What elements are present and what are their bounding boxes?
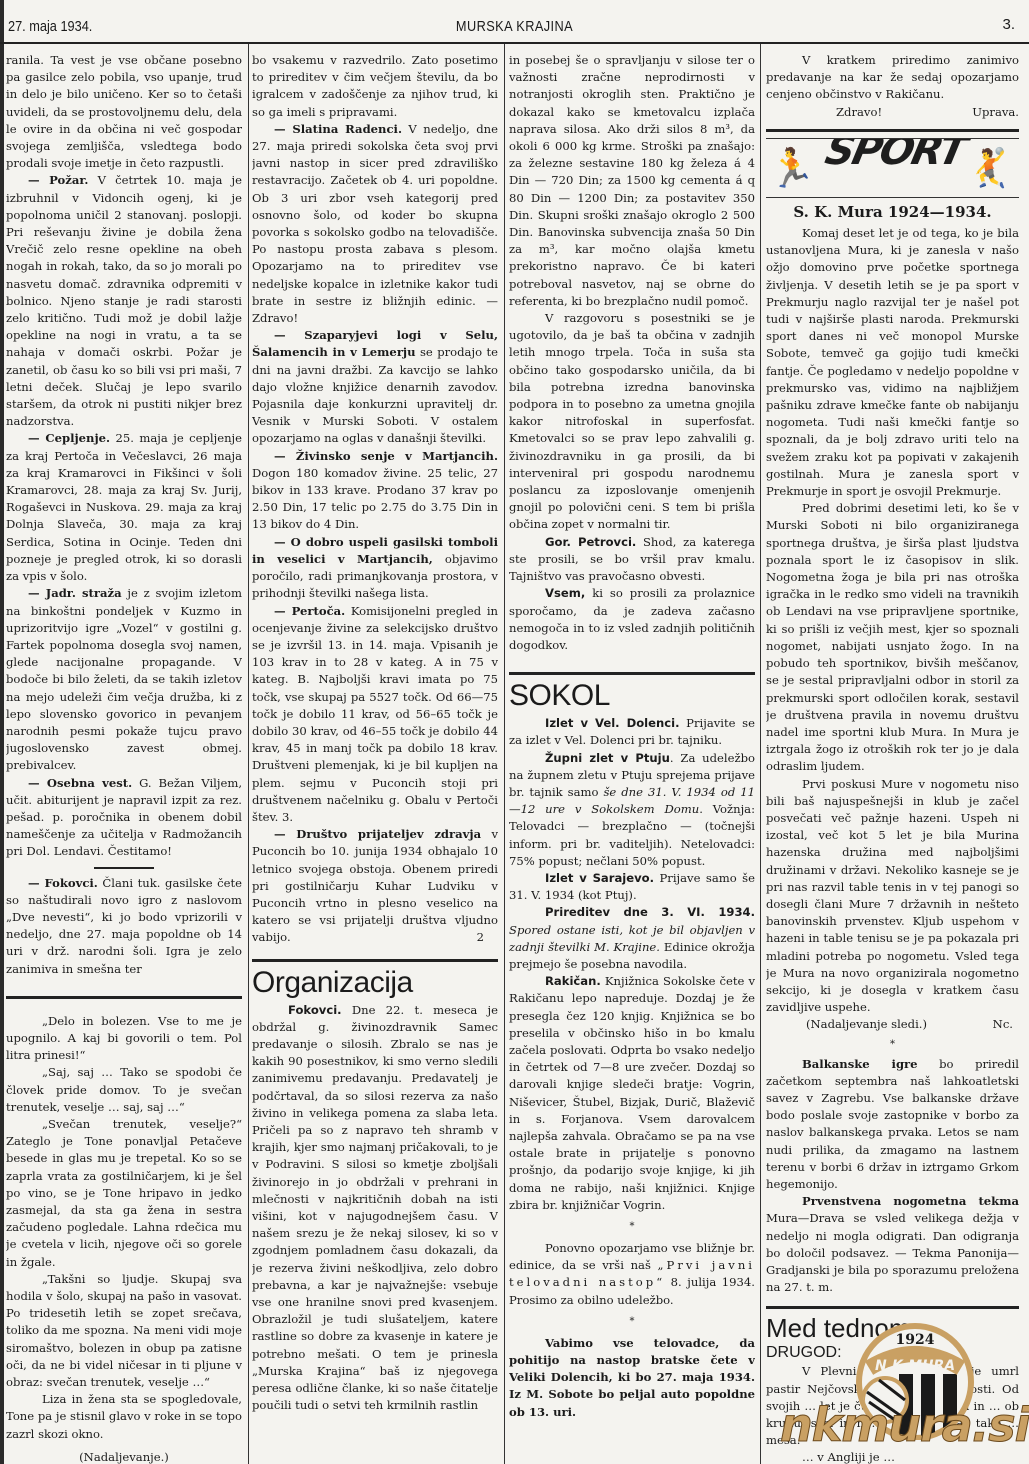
article-balkanske-igre: Balkanske igre bo priredil začetkom sept… bbox=[766, 1056, 1019, 1194]
column-divider bbox=[504, 44, 505, 1464]
article-ponovno: Ponovno opozarjamo vse bližnje br. edini… bbox=[509, 1240, 755, 1309]
article-heading: — Požar. bbox=[28, 173, 88, 187]
article-slatina-radenci: — Slatina Radenci. V nedeljo, dne 27. ma… bbox=[252, 121, 498, 327]
article-heading: — Jadr. straža bbox=[28, 586, 122, 600]
story-paragraph: Liza in žena sta se spogledovale, Tone p… bbox=[6, 1391, 242, 1443]
article-heading: Prireditev dne 3. VI. 1934. bbox=[545, 905, 755, 919]
article-continuation: V kratkem priredimo zanimivo predavanje … bbox=[766, 52, 1019, 104]
divider bbox=[766, 1306, 1019, 1309]
article-zupni-zlet: Župni zlet v Ptuju. Za udeležbo na župne… bbox=[509, 750, 755, 870]
article-cepljenje: — Cepljenje. 25. maja je cepljenje za kr… bbox=[6, 430, 242, 585]
article-body: V nedeljo, dne 27. maja priredi sokolska… bbox=[252, 122, 498, 325]
signature-name: Uprava. bbox=[972, 104, 1019, 121]
article-rakican: Rakičan. Knjižnica Sokolske čete v Rakič… bbox=[509, 973, 755, 1214]
continuation-line: (Nadaljevanje sledi.)Nc. bbox=[766, 1016, 1019, 1033]
article-heading: Fokovci. bbox=[288, 1003, 342, 1017]
article-heading: Balkanske igre bbox=[802, 1057, 918, 1071]
article-pozar: — Požar. V četrtek 10. maja je izbruhnil… bbox=[6, 172, 242, 430]
article-body: 25. maja je cepljenje za kraj Pertoča in… bbox=[6, 431, 242, 583]
column-2: bo vsakemu v razvedrilo. Zato posetimo t… bbox=[252, 52, 498, 1464]
article-izlet-sarajevo: Izlet v Sarajevo. Prijave samo še 31. V.… bbox=[509, 870, 755, 904]
article-body: je z svojim izletom na binkoštni pondelj… bbox=[6, 586, 242, 772]
column-divider bbox=[760, 44, 761, 1464]
article-vabimo: Vabimo vse telovadce, da pohitijo na nas… bbox=[509, 1335, 755, 1421]
article-continuation: in posebej še o spravljanju v silose ter… bbox=[509, 52, 755, 310]
article-heading: Izlet v Vel. Dolenci. bbox=[545, 716, 680, 730]
article-heading: Župni zlet v Ptuju bbox=[545, 751, 670, 765]
article-heading: — Pertoča. bbox=[274, 604, 345, 618]
story-paragraph: „Svečan trenutek, veselje?“ Zateglo je T… bbox=[6, 1116, 242, 1271]
article-body: V četrtek 10. maja je izbruhnil v Vidonc… bbox=[6, 173, 242, 428]
article-body: Knjižnica Sokolske čete v Rakičanu lepo … bbox=[509, 974, 755, 1212]
article-continuation: bo vsakemu v razvedrilo. Zato posetimo t… bbox=[252, 52, 498, 121]
article-vsem: Vsem, ki so prosili za prolaznice sporoč… bbox=[509, 585, 755, 654]
column-3: in posebej še o spravljanju v silose ter… bbox=[509, 52, 755, 1464]
article-body: Dne 22. t. meseca je obdržal g. živinozd… bbox=[252, 1003, 498, 1413]
article-pertoca: — Pertoča. Komisijonelni pregled in ocen… bbox=[252, 603, 498, 827]
article-body: Člani tuk. gasilske čete so naštudirali … bbox=[6, 876, 242, 976]
article-jadr-straza: — Jadr. straža je z svojim izletom na bi… bbox=[6, 585, 242, 774]
page-number: 3. bbox=[1002, 16, 1015, 33]
article-heading: Gor. Petrovci. bbox=[545, 535, 636, 549]
article-body: Dogon 180 komadov živine. 25 telic, 27 b… bbox=[252, 466, 498, 532]
ad-mark: 2 bbox=[455, 929, 498, 946]
signature-line: Zdravo!Uprava. bbox=[766, 104, 1019, 121]
article-heading: — Fokovci. bbox=[28, 876, 98, 890]
divider bbox=[6, 996, 242, 999]
signature-greeting: Zdravo! bbox=[836, 104, 882, 121]
article-heading: — Slatina Radenci. bbox=[274, 122, 402, 136]
football-player-icon: 🤾 bbox=[966, 143, 1013, 193]
article-continuation: ranila. Ta vest je vse občane posebno pa… bbox=[6, 52, 242, 172]
author-initials: Nc. bbox=[993, 1016, 1013, 1033]
article-prvenstvena-tekma: Prvenstvena nogometna tekma Mura—Drava s… bbox=[766, 1193, 1019, 1296]
article-title-mura: S. K. Mura 1924—1934. bbox=[766, 204, 1019, 221]
article-body: Komisijonelni pregled in ocenjevanje živ… bbox=[252, 604, 498, 824]
article-prireditev: Prireditev dne 3. VI. 1934. Spored ostan… bbox=[509, 904, 755, 973]
article-heading: — Osebna vest. bbox=[28, 776, 132, 790]
column-4: V kratkem priredimo zanimivo predavanje … bbox=[766, 52, 1019, 1464]
story-continuation-note: (Nadaljevanje.) bbox=[6, 1449, 242, 1464]
article-heading: — Društvo prijateljev zdravja bbox=[274, 827, 481, 841]
article-body: bo priredil začetkom septembra naš lahko… bbox=[766, 1057, 1019, 1191]
article-fokovci: — Fokovci. Člani tuk. gasilske čete so n… bbox=[6, 875, 242, 978]
article-paragraph: Komaj deset let je od tega, ko je bila u… bbox=[766, 225, 1019, 500]
article-drustvo-prijateljev-zdravja: — Društvo prijateljev zdravja v Puconcih… bbox=[252, 826, 498, 946]
badge-year: 1924 bbox=[896, 1332, 935, 1348]
article-izlet-dolenci: Izlet v Vel. Dolenci. Prijavite se za iz… bbox=[509, 715, 755, 749]
article-heading: Vsem, bbox=[545, 586, 585, 600]
divider bbox=[252, 959, 498, 962]
article-org-fokovci: Fokovci. Dne 22. t. meseca je obdržal g.… bbox=[252, 1002, 498, 1415]
sport-banner-title: SPORT bbox=[824, 143, 966, 160]
football-player-icon: 🏃 bbox=[768, 143, 815, 193]
story-paragraph: „Takšni so ljudje. Skupaj sva hodila v š… bbox=[6, 1271, 242, 1391]
article-osebna-vest: — Osebna vest. G. Bežan Viljem, učit. ab… bbox=[6, 775, 242, 861]
badge-name: N.K.MURA bbox=[875, 1358, 955, 1374]
article-body: v Puconcih bo 10. junija 1934 obhajalo 1… bbox=[252, 827, 498, 944]
star-separator: * bbox=[509, 1220, 755, 1234]
divider bbox=[766, 129, 1019, 132]
column-divider bbox=[248, 44, 249, 1464]
page-left-edge bbox=[0, 0, 4, 1464]
article-szaparyjevi-logi: — Szaparyjevi logi v Selu, Šalamencih in… bbox=[252, 327, 498, 447]
article-zivinsko-senje: — Živinsko senje v Martjancih. Dogon 180… bbox=[252, 448, 498, 534]
page-header: 27. maja 1934. MURSKA KRAJINA 3. bbox=[0, 0, 1029, 44]
article-heading: Prvenstvena nogometna tekma bbox=[802, 1194, 1019, 1208]
site-watermark: nkmura.si bbox=[780, 1398, 1029, 1452]
section-title-organizacija: Organizacija bbox=[252, 966, 498, 1000]
sport-banner: 🏃 SPORT 🤾 bbox=[766, 138, 1019, 198]
column-1: ranila. Ta vest je vse občane posebno pa… bbox=[6, 52, 242, 1464]
continuation-note: (Nadaljevanje sledi.) bbox=[806, 1016, 927, 1033]
article-heading: Rakičan. bbox=[545, 974, 601, 988]
article-paragraph: Prvi poskusi Mure v nogometu niso bili b… bbox=[766, 776, 1019, 1017]
divider bbox=[509, 672, 755, 675]
star-separator: * bbox=[766, 1038, 1019, 1052]
newspaper-title: MURSKA KRAJINA bbox=[77, 18, 952, 35]
article-tombola: — O dobro uspeli gasilski tomboli in ves… bbox=[252, 534, 498, 603]
article-heading: — Živinsko senje v Martjancih. bbox=[274, 449, 498, 463]
star-separator: * bbox=[509, 1315, 755, 1329]
article-paragraph: Pred dobrimi desetimi leti, ko še v Murs… bbox=[766, 500, 1019, 775]
story-paragraph: „Delo in bolezen. Vse to me je upognilo.… bbox=[6, 1013, 242, 1065]
article-body: se prodajo te dni na javni dražbi. Za ka… bbox=[252, 345, 498, 445]
article-paragraph: V razgovoru s posestniki se je ugotovilo… bbox=[509, 310, 755, 534]
article-heading: — Cepljenje. bbox=[28, 431, 110, 445]
article-gor-petrovci: Gor. Petrovci. Shod, za katerega ste pro… bbox=[509, 534, 755, 586]
article-body: Mura—Drava se vsled velikega dežja v ned… bbox=[766, 1211, 1019, 1294]
section-title-sokol: SOKOL bbox=[509, 679, 755, 713]
divider bbox=[94, 867, 154, 869]
article-heading: Izlet v Sarajevo. bbox=[545, 871, 654, 885]
story-paragraph: „Saj, saj … Tako se spodobi če človek pr… bbox=[6, 1064, 242, 1116]
